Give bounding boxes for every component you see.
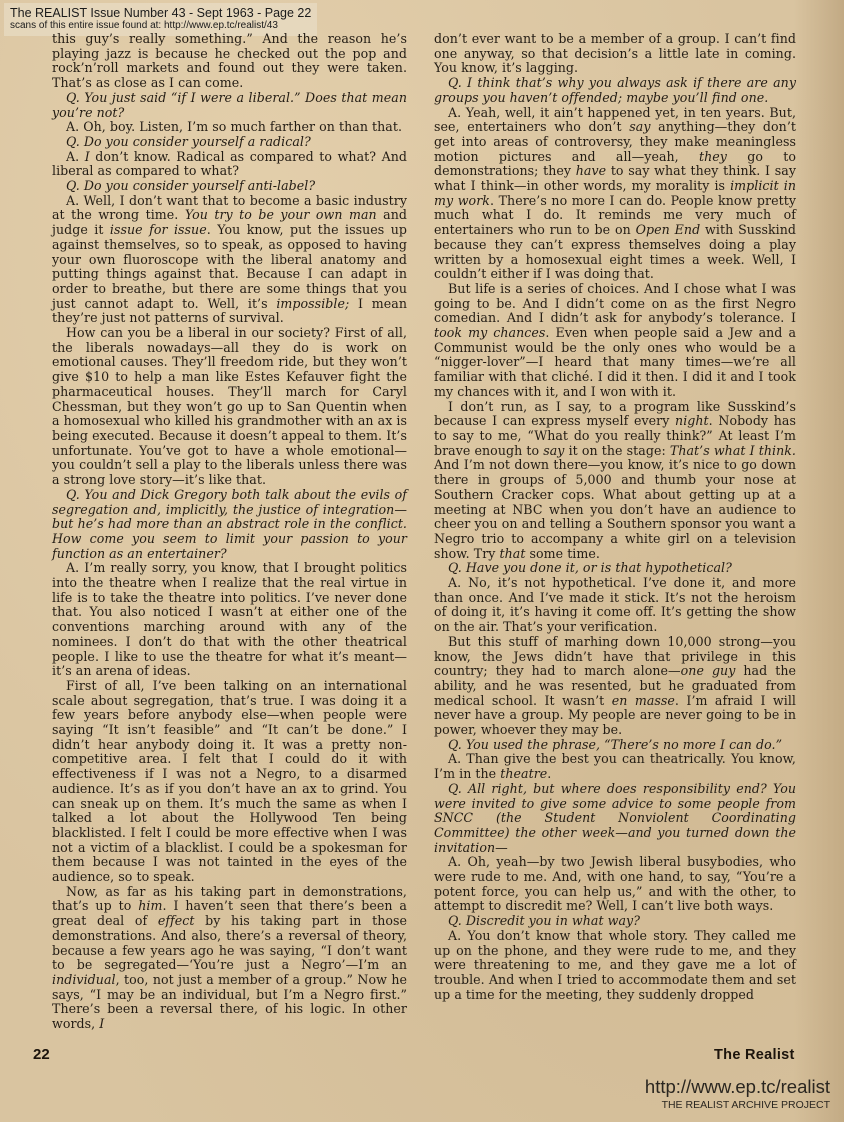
paragraph: A. Oh, boy. Listen, I’m so much farther … xyxy=(52,120,407,135)
archive-url-link[interactable]: http://www.ep.tc/realist xyxy=(645,1078,830,1097)
paragraph: A. I don’t know. Radical as compared to … xyxy=(52,150,407,179)
scan-title: The REALIST Issue Number 43 - Sept 1963 … xyxy=(10,6,311,20)
paragraph: Now, as far as his taking part in demons… xyxy=(52,885,407,1032)
archive-project-name: THE REALIST ARCHIVE PROJECT xyxy=(645,1100,830,1111)
article-column-left: this guy’s really something.” And the re… xyxy=(52,32,407,1032)
interview-question: Q. You used the phrase, “There’s no more… xyxy=(434,738,796,753)
paragraph: A. I’m really sorry, you know, that I br… xyxy=(52,561,407,679)
paragraph: But this stuff of marhing down 10,000 st… xyxy=(434,635,796,738)
paragraph: A. Well, I don’t want that to become a b… xyxy=(52,194,407,326)
paragraph: A. Oh, yeah—by two Jewish liberal busybo… xyxy=(434,855,796,914)
paragraph: I don’t run, as I say, to a program like… xyxy=(434,400,796,562)
paragraph: don’t ever want to be a member of a grou… xyxy=(434,32,796,76)
page-number: 22 xyxy=(33,1046,50,1063)
interview-question: Q. You and Dick Gregory both talk about … xyxy=(52,488,407,562)
interview-question: Q. Do you consider yourself anti-label? xyxy=(52,179,407,194)
paragraph: How can you be a liberal in our society?… xyxy=(52,326,407,488)
paragraph: this guy’s really something.” And the re… xyxy=(52,32,407,91)
interview-question: Q. You just said “if I were a liberal.” … xyxy=(52,91,407,120)
magazine-masthead: The Realist xyxy=(714,1047,795,1063)
interview-question: Q. Discredit you in what way? xyxy=(434,914,796,929)
interview-question: Q. I think that’s why you always ask if … xyxy=(434,76,796,105)
article-column-right: don’t ever want to be a member of a grou… xyxy=(434,32,796,1002)
interview-question: Q. All right, but where does responsibil… xyxy=(434,782,796,856)
interview-question: Q. Have you done it, or is that hypothet… xyxy=(434,561,796,576)
paragraph: A. Than give the best you can theatrical… xyxy=(434,752,796,781)
paragraph: A. No, it’s not hypothetical. I’ve done … xyxy=(434,576,796,635)
paragraph: A. You don’t know that whole story. They… xyxy=(434,929,796,1003)
archive-credit: http://www.ep.tc/realist THE REALIST ARC… xyxy=(645,1078,830,1110)
interview-question: Q. Do you consider yourself a radical? xyxy=(52,135,407,150)
paragraph: But life is a series of choices. And I c… xyxy=(434,282,796,400)
paragraph: A. Yeah, well, it ain’t happened yet, in… xyxy=(434,106,796,282)
paragraph: First of all, I’ve been talking on an in… xyxy=(52,679,407,885)
